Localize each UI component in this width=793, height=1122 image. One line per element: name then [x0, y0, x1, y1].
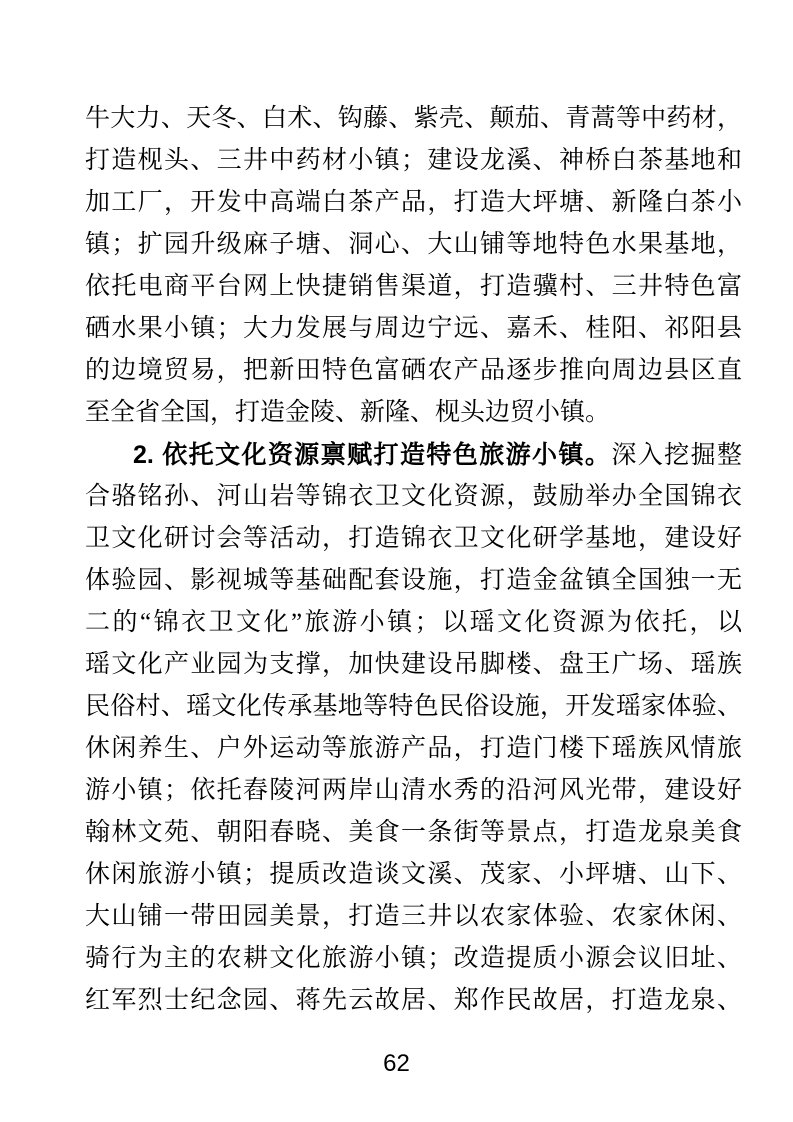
- text-line: 硒水果小镇；大力发展与周边宁远、嘉禾、桂阳、祁阳县: [85, 308, 742, 350]
- text-line: 休闲旅游小镇；提质改造谈文溪、茂家、小坪塘、山下、: [85, 854, 742, 896]
- text-line: 民俗村、瑶文化传承基地等特色民俗设施，开发瑶家体验、: [85, 686, 742, 728]
- text-line: 大山铺一带田园美景，打造三井以农家体验、农家休闲、: [85, 896, 742, 938]
- paragraph-1: 牛大力、天冬、白术、钩藤、紫壳、颠茄、青蒿等中药材， 打造枧头、三井中药材小镇；…: [85, 98, 742, 434]
- document-page: 牛大力、天冬、白术、钩藤、紫壳、颠茄、青蒿等中药材， 打造枧头、三井中药材小镇；…: [0, 0, 793, 1122]
- text-line: 打造枧头、三井中药材小镇；建设龙溪、神桥白茶基地和: [85, 140, 742, 182]
- text-line: 游小镇；依托舂陵河两岸山清水秀的沿河风光带，建设好: [85, 770, 742, 812]
- text-line: 翰林文苑、朝阳春晓、美食一条街等景点，打造龙泉美食: [85, 812, 742, 854]
- text-line: 卫文化研讨会等活动，打造锦衣卫文化研学基地，建设好: [85, 518, 742, 560]
- section-2-heading: 2. 依托文化资源禀赋打造特色旅游小镇。: [133, 441, 611, 469]
- text-line: 骑行为主的农耕文化旅游小镇；改造提质小源会议旧址、: [85, 938, 742, 980]
- body-text: 牛大力、天冬、白术、钩藤、紫壳、颠茄、青蒿等中药材， 打造枧头、三井中药材小镇；…: [85, 98, 742, 1022]
- section-2-lead-text: 深入挖掘整: [611, 442, 742, 469]
- text-line: 加工厂，开发中高端白茶产品，打造大坪塘、新隆白茶小: [85, 182, 742, 224]
- text-line: 红军烈士纪念园、蒋先云故居、郑作民故居，打造龙泉、: [85, 980, 742, 1022]
- text-line: 体验园、影视城等基础配套设施，打造金盆镇全国独一无: [85, 560, 742, 602]
- text-line: 至全省全国，打造金陵、新隆、枧头边贸小镇。: [85, 392, 742, 434]
- text-line: 瑶文化产业园为支撑，加快建设吊脚楼、盘王广场、瑶族: [85, 644, 742, 686]
- text-line: 牛大力、天冬、白术、钩藤、紫壳、颠茄、青蒿等中药材，: [85, 98, 742, 140]
- text-line: 镇；扩园升级麻子塘、洞心、大山铺等地特色水果基地，: [85, 224, 742, 266]
- text-line: 依托电商平台网上快捷销售渠道，打造骥村、三井特色富: [85, 266, 742, 308]
- text-line: 二的“锦衣卫文化”旅游小镇；以瑶文化资源为依托，以: [85, 602, 742, 644]
- text-line: 的边境贸易，把新田特色富硒农产品逐步推向周边县区直: [85, 350, 742, 392]
- section-2-heading-line: 2. 依托文化资源禀赋打造特色旅游小镇。深入挖掘整: [85, 434, 742, 476]
- text-line: 合骆铭孙、河山岩等锦衣卫文化资源，鼓励举办全国锦衣: [85, 476, 742, 518]
- paragraph-2: 合骆铭孙、河山岩等锦衣卫文化资源，鼓励举办全国锦衣 卫文化研讨会等活动，打造锦衣…: [85, 476, 742, 1022]
- text-line: 休闲养生、户外运动等旅游产品，打造门楼下瑶族风情旅: [85, 728, 742, 770]
- page-number: 62: [0, 1048, 793, 1080]
